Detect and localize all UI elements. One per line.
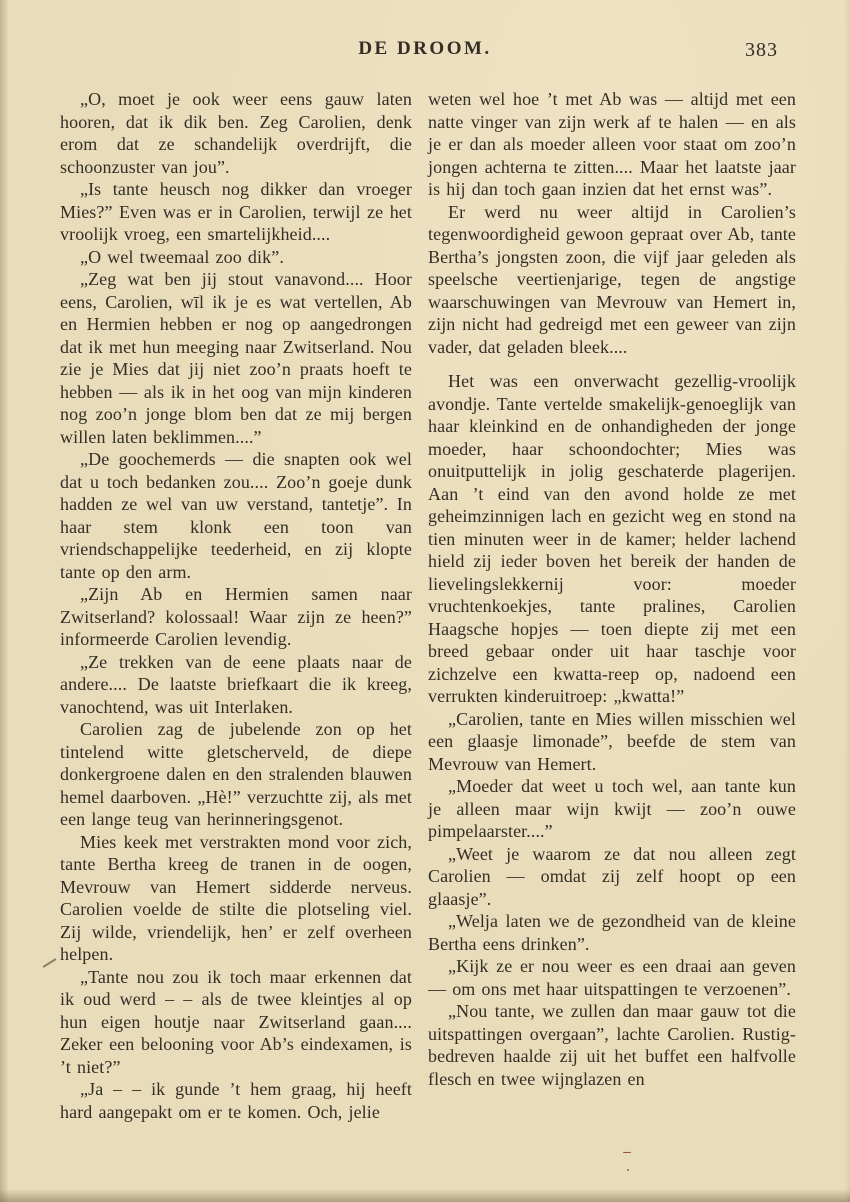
paragraph: weten wel hoe ’t met Ab was — altijd met… [428,88,796,201]
page-number: 383 [745,39,778,62]
paragraph: „Nou tante, we zullen dan maar gauw tot … [428,1000,796,1090]
paragraph: Carolien zag de jubelende zon op het tin… [60,718,412,831]
page-title: DE DROOM. [0,38,850,60]
margin-pencil-mark [43,958,57,968]
paragraph: „Zeg wat ben jij stout vanavond.... Hoor… [60,268,412,448]
paragraph: „Welja laten we de gezondheid van de kle… [428,910,796,955]
paragraph: „Carolien, tante en Mies willen misschie… [428,708,796,776]
paragraph: „Ze trekken van de eene plaats naar de a… [60,651,412,719]
paragraph: Mies keek met verstrakten mond voor zich… [60,831,412,966]
section-end-dash: – [612,1144,642,1161]
paragraph: „Weet je waarom ze dat nou alleen zegt C… [428,843,796,911]
paragraph: Het was een onverwacht gezellig-vroolijk… [428,370,796,708]
column-right: weten wel hoe ’t met Ab was — altijd met… [428,88,796,1173]
paragraph: „Ja – – ik gunde ’t hem graag, hij heeft… [60,1078,412,1123]
column-left: „O, moet je ook weer eens gauw laten hoo… [60,88,412,1173]
paragraph: „De goochemerds — die snapten ook wel da… [60,448,412,583]
text-columns: „O, moet je ook weer eens gauw laten hoo… [60,88,796,1173]
paragraph: Er werd nu weer altijd in Carolien’s teg… [428,201,796,359]
paragraph: „O, moet je ook weer eens gauw laten hoo… [60,88,412,178]
book-page: DE DROOM. 383 „O, moet je ook weer eens … [0,0,850,1202]
paragraph: „Is tante heusch nog dikker dan vroeger … [60,178,412,246]
paragraph: „O wel tweemaal zoo dik”. [60,246,412,269]
paragraph: „Kijk ze er nou weer es een draai aan ge… [428,955,796,1000]
paragraph: „Tante nou zou ik toch maar erkennen dat… [60,966,412,1079]
ink-speck [627,1169,629,1171]
paragraph: „Zijn Ab en Hermien samen naar Zwitserla… [60,583,412,651]
paragraph: „Moeder dat weet u toch wel, aan tante k… [428,775,796,843]
